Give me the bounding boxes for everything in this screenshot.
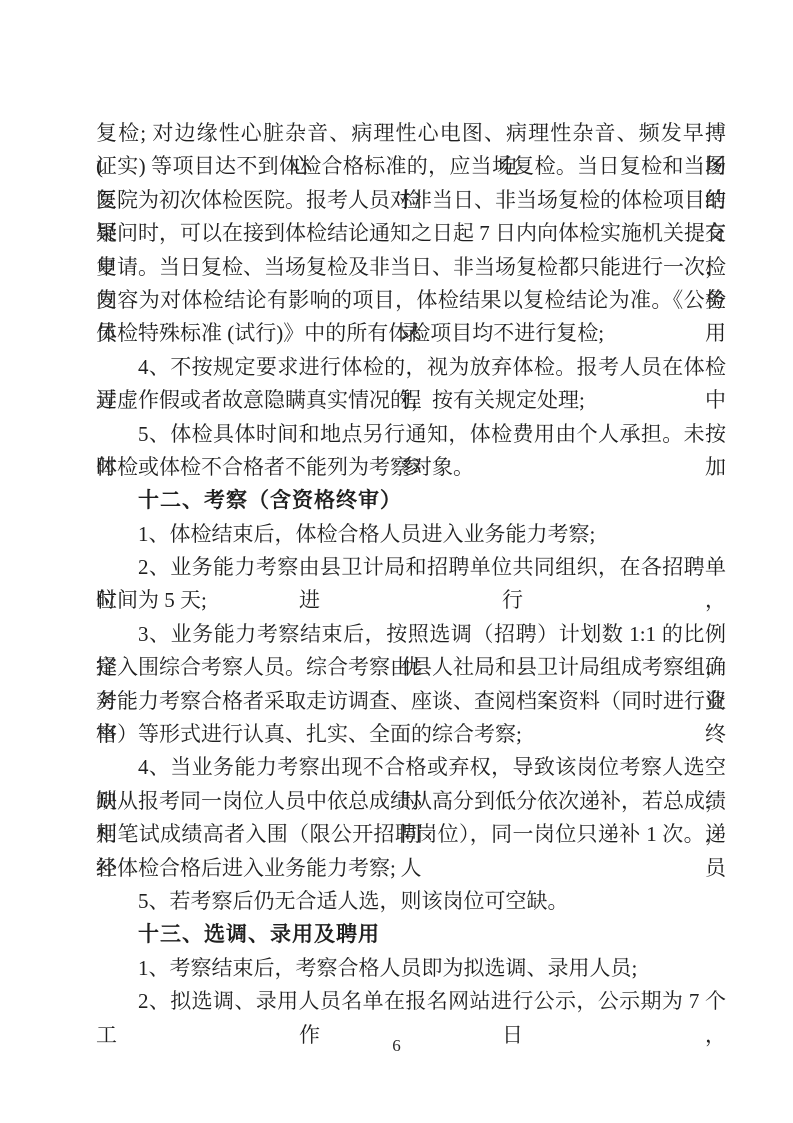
document-body: 复检; 对边缘性心脏杂音、病理性心电图、病理性杂音、频发早搏 (心电图 证实) … bbox=[96, 117, 726, 1019]
section-heading-13: 十三、选调、录用及聘用 bbox=[96, 918, 726, 951]
paragraph-item-2: 2、业务能力考察由县卫计局和招聘单位共同组织，在各招聘单位进行， 时间为 5 天… bbox=[96, 551, 726, 618]
paragraph-item-4b: 4、当业务能力考察出现不合格或弃权，导致该岗位考察人选空缺时， 则从报考同一岗位… bbox=[96, 751, 726, 885]
text-line: 2、业务能力考察由县卫计局和招聘单位共同组织，在各招聘单位进行， bbox=[96, 551, 726, 584]
text-line: 3、业务能力考察结束后，按照选调（招聘）计划数 1:1 的比例择优确 bbox=[96, 618, 726, 651]
paragraph-item-5: 5、体检具体时间和地点另行通知，体检费用由个人承担。未按时参加 体检或体检不合格… bbox=[96, 418, 726, 485]
paragraph-item-5b: 5、若考察后仍无合适人选，则该岗位可空缺。 bbox=[96, 885, 726, 918]
text-line: 申请。当日复检、当场复检及非当日、非当场复检都只能进行一次，复检 bbox=[96, 251, 726, 284]
paragraph-item-1: 1、体检结束后，体检合格人员进入业务能力考察; bbox=[96, 518, 726, 551]
text-line: 疑问时，可以在接到体检结论通知之日起 7 日内向体检实施机关提交复检 bbox=[96, 217, 726, 250]
text-line: 4、当业务能力考察出现不合格或弃权，导致该岗位考察人选空缺时， bbox=[96, 751, 726, 784]
text-line: 内容为对体检结论有影响的项目，体检结果以复检结论为准。《公务员录用 bbox=[96, 284, 726, 317]
text-line: 定入围综合考察人员。综合考察由县人社局和县卫计局组成考察组，对业 bbox=[96, 651, 726, 684]
text-line: 证实) 等项目达不到体检合格标准的，应当场复检。当日复检和当场复检的 bbox=[96, 150, 726, 183]
paragraph-item-4: 4、不按规定要求进行体检的，视为放弃体检。报考人员在体检过程中 弄虚作假或者故意… bbox=[96, 351, 726, 418]
text-line: 务能力考察合格者采取走访调查、座谈、查阅档案资料（同时进行资格终 bbox=[96, 685, 726, 718]
paragraph-item-2b: 2、拟选调、录用人员名单在报名网站进行公示，公示期为 7 个工作日， bbox=[96, 985, 726, 1018]
text-line: 则笔试成绩高者入围（限公开招聘岗位），同一岗位只递补 1 次。递补人员 bbox=[96, 818, 726, 851]
text-line: 1、体检结束后，体检合格人员进入业务能力考察; bbox=[96, 518, 726, 551]
paragraph-item-3: 3、业务能力考察结束后，按照选调（招聘）计划数 1:1 的比例择优确 定入围综合… bbox=[96, 618, 726, 752]
text-line: 4、不按规定要求进行体检的，视为放弃体检。报考人员在体检过程中 bbox=[96, 351, 726, 384]
section-heading-12: 十二、考察（含资格终审） bbox=[96, 484, 726, 517]
text-line: 则从报考同一岗位人员中依总成绩从高分到低分依次递补，若总成绩相同， bbox=[96, 785, 726, 818]
paragraph-continuation: 复检; 对边缘性心脏杂音、病理性心电图、病理性杂音、频发早搏 (心电图 证实) … bbox=[96, 117, 726, 351]
page-number: 6 bbox=[0, 1036, 793, 1056]
paragraph-item-1b: 1、考察结束后，考察合格人员即为拟选调、录用人员; bbox=[96, 952, 726, 985]
text-line: 医院为初次体检医院。报考人员对非当日、非当场复检的体检项目结果有 bbox=[96, 184, 726, 217]
text-line: 5、若考察后仍无合适人选，则该岗位可空缺。 bbox=[96, 885, 726, 918]
text-line: 1、考察结束后，考察合格人员即为拟选调、录用人员; bbox=[96, 952, 726, 985]
text-line: 复检; 对边缘性心脏杂音、病理性心电图、病理性杂音、频发早搏 (心电图 bbox=[96, 117, 726, 150]
document-page: 复检; 对边缘性心脏杂音、病理性心电图、病理性杂音、频发早搏 (心电图 证实) … bbox=[0, 0, 793, 1123]
text-line: 5、体检具体时间和地点另行通知，体检费用由个人承担。未按时参加 bbox=[96, 418, 726, 451]
text-line: 2、拟选调、录用人员名单在报名网站进行公示，公示期为 7 个工作日， bbox=[96, 985, 726, 1018]
